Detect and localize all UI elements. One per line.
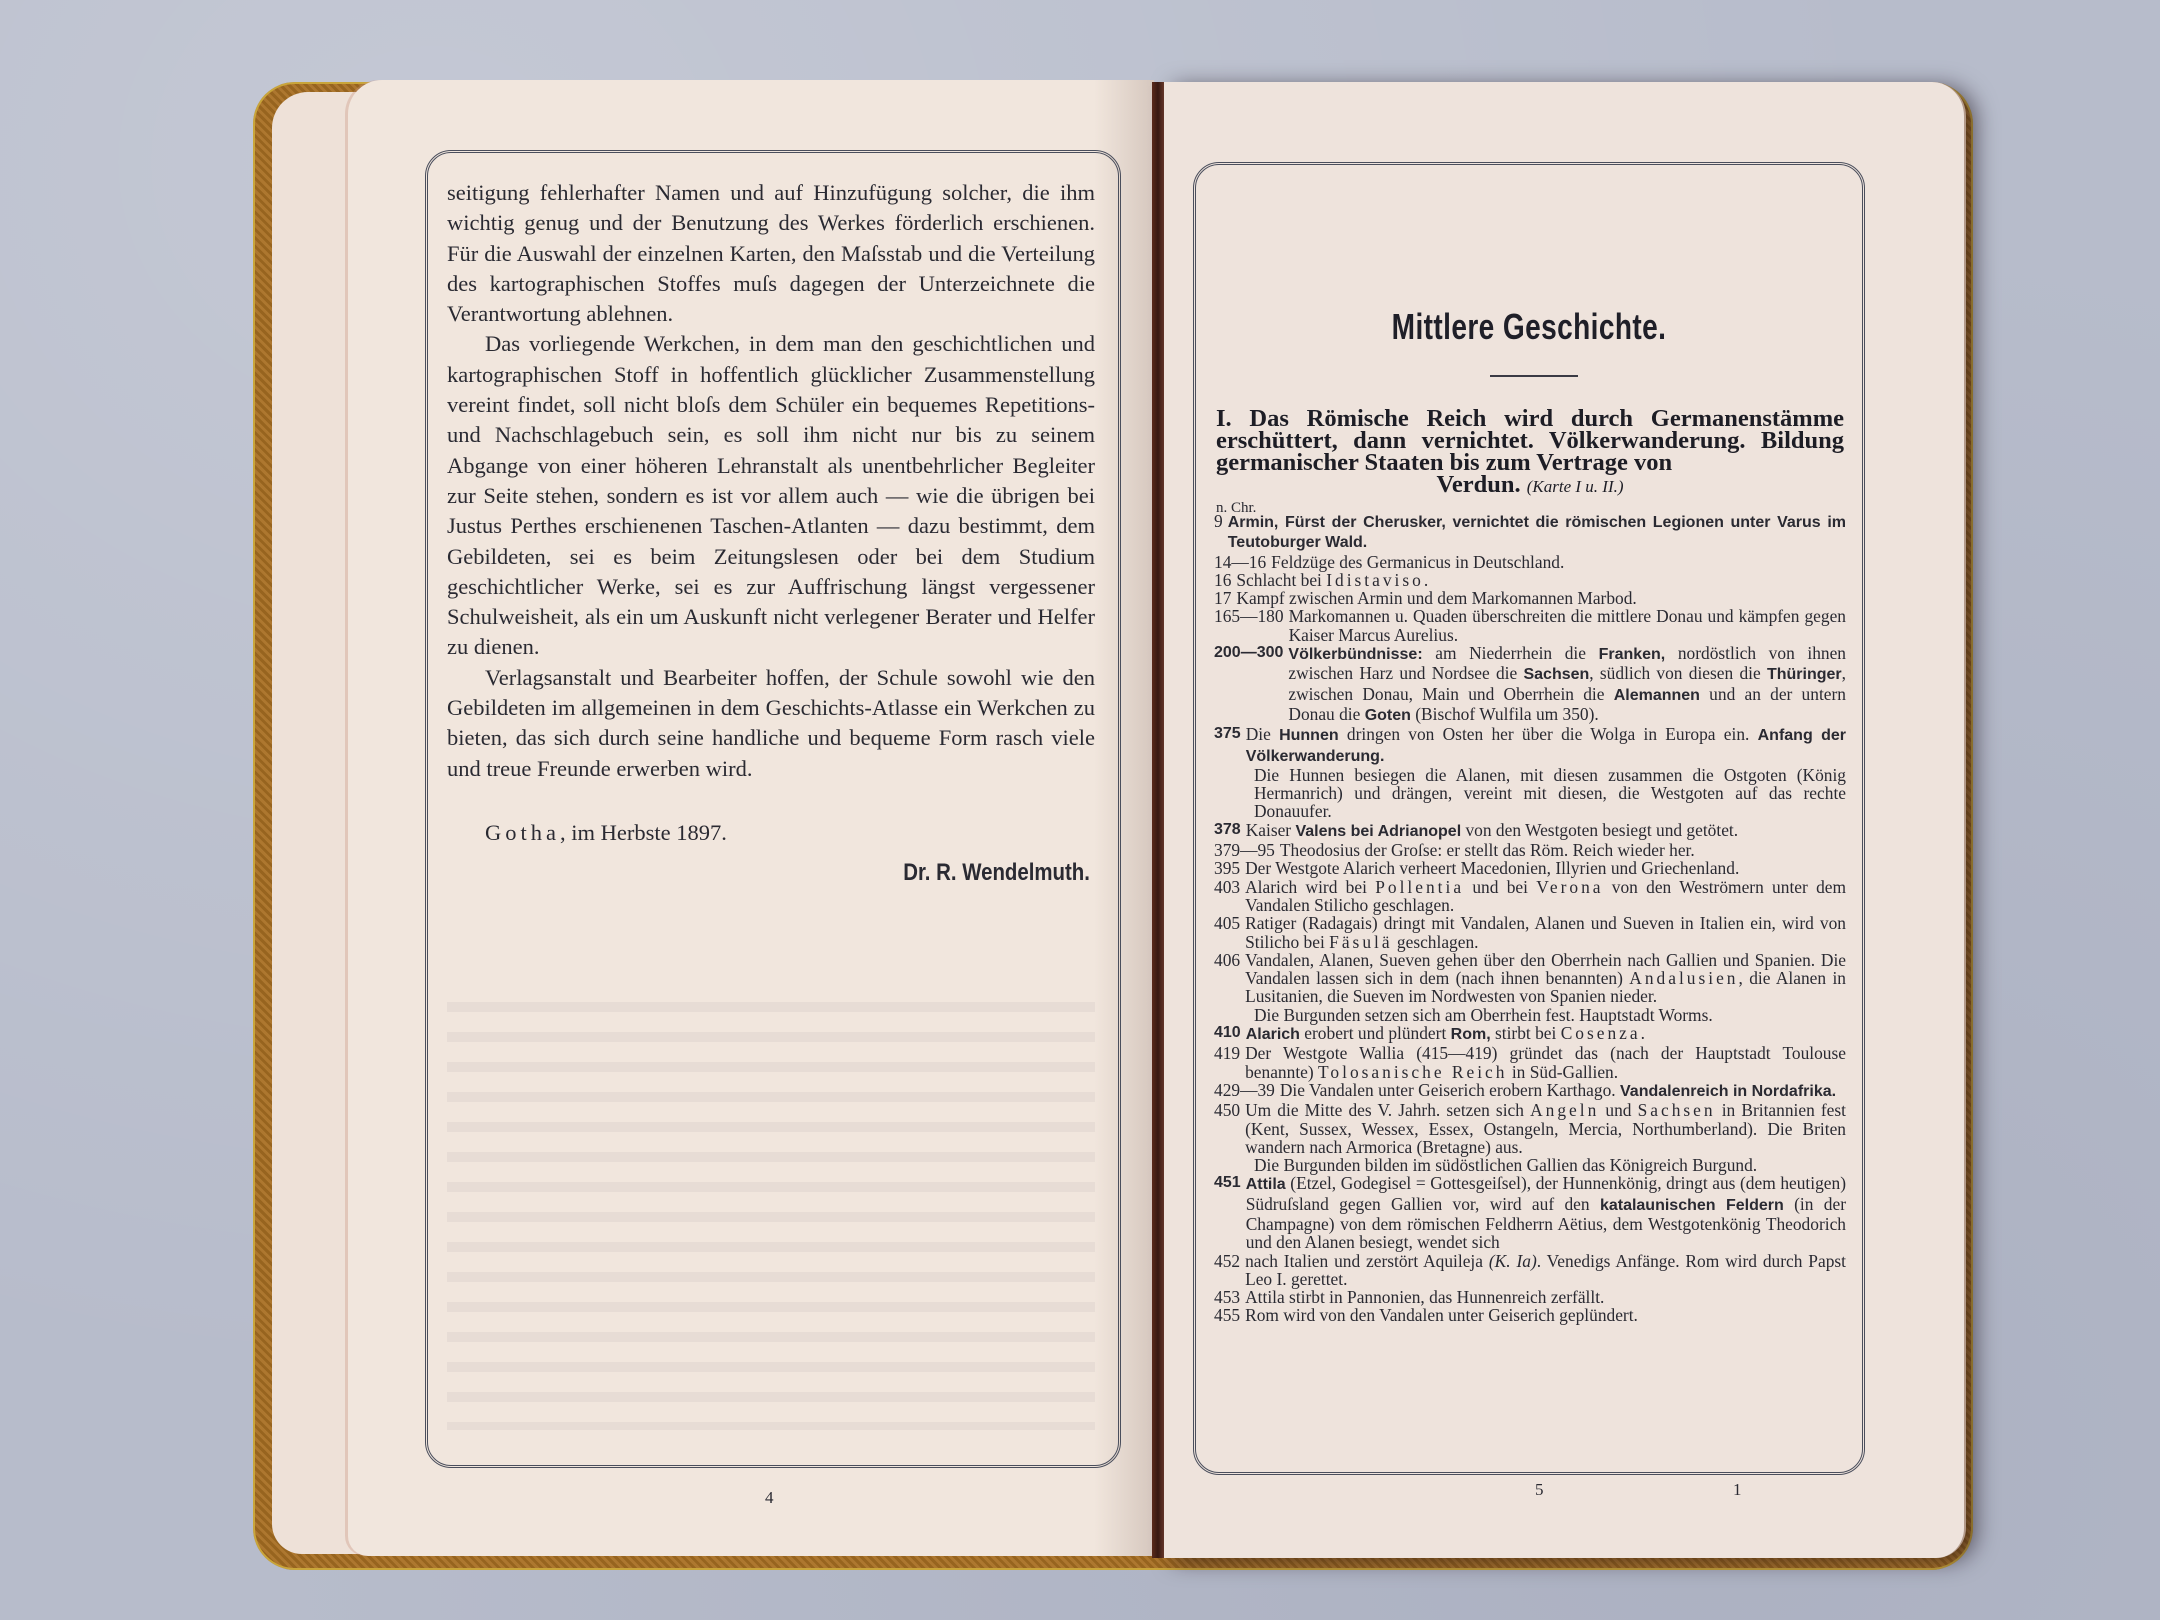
chronology-entry: Die Hunnen besiegen die Alanen, mit dies… [1214, 766, 1846, 821]
chronology-entry: 453Attila stirbt in Pannonien, das Hunne… [1214, 1288, 1846, 1306]
entry-year: 379—95 [1214, 841, 1280, 859]
chronology-entry: 17Kampf zwischen Armin und dem Markomann… [1214, 589, 1846, 607]
entry-text: Vandalen, Alanen, Sueven gehen über den … [1245, 951, 1846, 1006]
entry-text: Kampf zwischen Armin und dem Markomannen… [1236, 589, 1846, 607]
signature-mark: 1 [1733, 1480, 1742, 1500]
chronology-entry: 375Die Hunnen dringen von Osten her über… [1214, 725, 1846, 766]
entry-year: 455 [1214, 1306, 1245, 1324]
entry-year: 450 [1214, 1101, 1245, 1156]
map-reference: (Karte I u. II.) [1527, 477, 1624, 496]
entry-text: Rom wird von den Vandalen unter Geiseric… [1245, 1306, 1846, 1324]
chronology-entry: 455Rom wird von den Vandalen unter Geise… [1214, 1306, 1846, 1324]
chronology-entry: 14—16Feldzüge des Germanicus in Deutschl… [1214, 553, 1846, 571]
entry-text: Ratiger (Radagais) dringt mit Vandalen, … [1245, 914, 1846, 951]
chronology-entry: 403Alarich wird bei Pollentia und bei Ve… [1214, 878, 1846, 915]
chronology-list: 9Armin, Fürst der Cherusker, vernichtet … [1214, 512, 1846, 1325]
left-page-number: 4 [765, 1488, 774, 1508]
date-text: , im Herbste 1897. [560, 820, 727, 845]
entry-text: Schlacht bei Idistaviso. [1236, 571, 1846, 589]
entry-text: Die Hunnen dringen von Osten her über di… [1246, 725, 1846, 766]
entry-text: Kaiser Valens bei Adrianopel von den Wes… [1246, 821, 1846, 841]
section-heading-text: I. Das Römische Reich wird durch Germane… [1216, 405, 1844, 476]
chronology-entry: Die Burgunden setzen sich am Oberrhein f… [1214, 1006, 1846, 1024]
chronology-entry: 165—180Markomannen u. Quaden überschreit… [1214, 607, 1846, 644]
chronology-entry: 452nach Italien und zerstört Aquileja (K… [1214, 1252, 1846, 1289]
entry-text: Der Westgote Alarich verheert Macedonien… [1245, 859, 1846, 877]
entry-year: 419 [1214, 1044, 1245, 1081]
page-title: Mittlere Geschichte. [1267, 306, 1791, 348]
entry-year: 9 [1214, 512, 1228, 553]
right-page-number: 5 [1535, 1480, 1544, 1500]
entry-year: 17 [1214, 589, 1236, 607]
entry-year: 429—39 [1214, 1081, 1280, 1101]
entry-year: 200—300 [1214, 644, 1288, 725]
chronology-entry: 200—300Völkerbündnisse: am Niederrhein d… [1214, 644, 1846, 725]
entry-text: Armin, Fürst der Cherusker, vernichtet d… [1228, 512, 1846, 553]
chronology-entry: 410Alarich erobert und plündert Rom, sti… [1214, 1024, 1846, 1044]
entry-text: nach Italien und zerstört Aquileja (K. I… [1245, 1252, 1846, 1289]
book-gutter [1152, 82, 1164, 1558]
entry-year: 16 [1214, 571, 1236, 589]
place-name: Gotha [485, 820, 560, 845]
chronology-entry: 429—39Die Vandalen unter Geiserich erobe… [1214, 1081, 1846, 1101]
section-heading: I. Das Römische Reich wird durch Germane… [1216, 408, 1844, 498]
entry-year: 406 [1214, 951, 1245, 1006]
entry-text: Feldzüge des Germanicus in Deutschland. [1271, 553, 1846, 571]
title-divider [1490, 375, 1578, 377]
entry-year: 405 [1214, 914, 1245, 951]
entry-text: Der Westgote Wallia (415—419) gründet da… [1245, 1044, 1846, 1081]
entry-text: Um die Mitte des V. Jahrh. setzen sich A… [1245, 1101, 1846, 1156]
entry-year: 451 [1214, 1174, 1246, 1251]
entry-text: Attila stirbt in Pannonien, das Hunnenre… [1245, 1288, 1846, 1306]
section-heading-last-word: Verdun. [1436, 471, 1520, 498]
entry-year: 452 [1214, 1252, 1245, 1289]
entry-year: 410 [1214, 1024, 1246, 1044]
entry-text: Markomannen u. Quaden überschreiten die … [1289, 607, 1846, 644]
entry-year: 403 [1214, 878, 1245, 915]
chronology-entry: 450Um die Mitte des V. Jahrh. setzen sic… [1214, 1101, 1846, 1156]
chronology-entry: Die Burgunden bilden im südöstlichen Gal… [1214, 1156, 1846, 1174]
chronology-entry: 451Attila (Etzel, Godegisel = Gottesgeiſ… [1214, 1174, 1846, 1251]
entry-text: Die Burgunden bilden im südöstlichen Gal… [1254, 1156, 1846, 1174]
preface-paragraph-3: Verlagsanstalt und Bearbeiter hoffen, de… [447, 663, 1095, 784]
entry-text: Die Vandalen unter Geiserich erobern Kar… [1280, 1081, 1846, 1101]
entry-year: 375 [1214, 725, 1246, 766]
chronology-entry: 378Kaiser Valens bei Adrianopel von den … [1214, 821, 1846, 841]
author-signature: Dr. R. Wendelmuth. [544, 858, 1095, 888]
preface-paragraph-2: Das vorliegende Werkchen, in dem man den… [447, 329, 1095, 662]
chronology-entry: 395Der Westgote Alarich verheert Macedon… [1214, 859, 1846, 877]
entry-text: Attila (Etzel, Godegisel = Gottesgeiſsel… [1246, 1174, 1846, 1251]
entry-year: 378 [1214, 821, 1246, 841]
preface-text: seitigung fehlerhafter Namen und auf Hin… [447, 178, 1095, 889]
entry-year: 453 [1214, 1288, 1245, 1306]
entry-text: Theodosius der Groſse: er stellt das Röm… [1280, 841, 1846, 859]
place-date-line: Gotha, im Herbste 1897. [447, 818, 1095, 848]
chronology-entry: 9Armin, Fürst der Cherusker, vernichtet … [1214, 512, 1846, 553]
chronology-entry: 405Ratiger (Radagais) dringt mit Vandale… [1214, 914, 1846, 951]
entry-text: Alarich wird bei Pollentia und bei Veron… [1245, 878, 1846, 915]
chronology-entry: 379—95Theodosius der Groſse: er stellt d… [1214, 841, 1846, 859]
chronology-entry: 419Der Westgote Wallia (415—419) gründet… [1214, 1044, 1846, 1081]
entry-year: 14—16 [1214, 553, 1271, 571]
bleed-through-texture [447, 990, 1095, 1430]
chronology-entry: 16Schlacht bei Idistaviso. [1214, 571, 1846, 589]
entry-year: 165—180 [1214, 607, 1289, 644]
preface-paragraph-1: seitigung fehlerhafter Namen und auf Hin… [447, 178, 1095, 329]
entry-text: Alarich erobert und plündert Rom, stirbt… [1246, 1024, 1846, 1044]
entry-text: Die Burgunden setzen sich am Oberrhein f… [1254, 1006, 1846, 1024]
entry-text: Völkerbündnisse: am Niederrhein die Fran… [1288, 644, 1846, 725]
chronology-entry: 406Vandalen, Alanen, Sueven gehen über d… [1214, 951, 1846, 1006]
entry-text: Die Hunnen besiegen die Alanen, mit dies… [1254, 766, 1846, 821]
entry-year: 395 [1214, 859, 1245, 877]
section-heading-end: Verdun. (Karte I u. II.) [1216, 474, 1844, 498]
